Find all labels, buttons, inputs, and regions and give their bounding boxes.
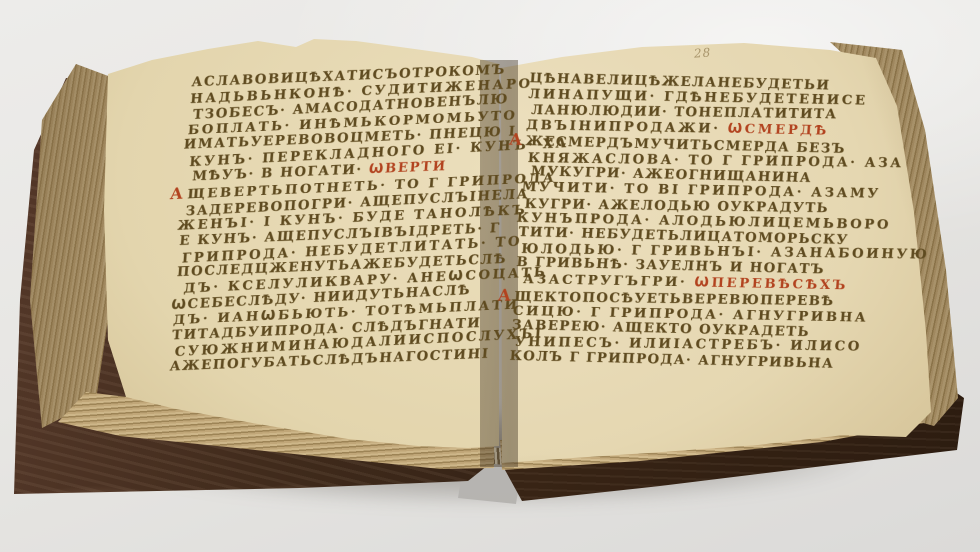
rubric-initial: А: [497, 285, 515, 304]
right-page-text-block: ЦѢНАВЕЛИЦѢЖЕЛАНЕБУДЕТЬИЛИНАПУЩИ· ГДѢНЕБУ…: [509, 72, 890, 371]
rubric-heading: ѠСМЕРДѢ: [727, 121, 829, 138]
rubric-heading: ѠВЕРТИ: [368, 159, 447, 177]
rubric-initial: А: [508, 129, 526, 148]
rubric-initial: А: [169, 183, 188, 203]
left-page-text-block: АСЛАВОВИЦѢХАТИСЪОТРОКОМЪНАДЬВЬНКОНѢ· СУД…: [169, 61, 522, 376]
ink-text: АЗАСТРУГЪГРИ·: [523, 272, 695, 290]
page-number: 28: [694, 45, 712, 60]
photo-open-manuscript-book: 28 АСЛАВОВИЦѢХАТИСЪОТРОКОМЪНАДЬВЬНКОНѢ· …: [0, 0, 980, 552]
